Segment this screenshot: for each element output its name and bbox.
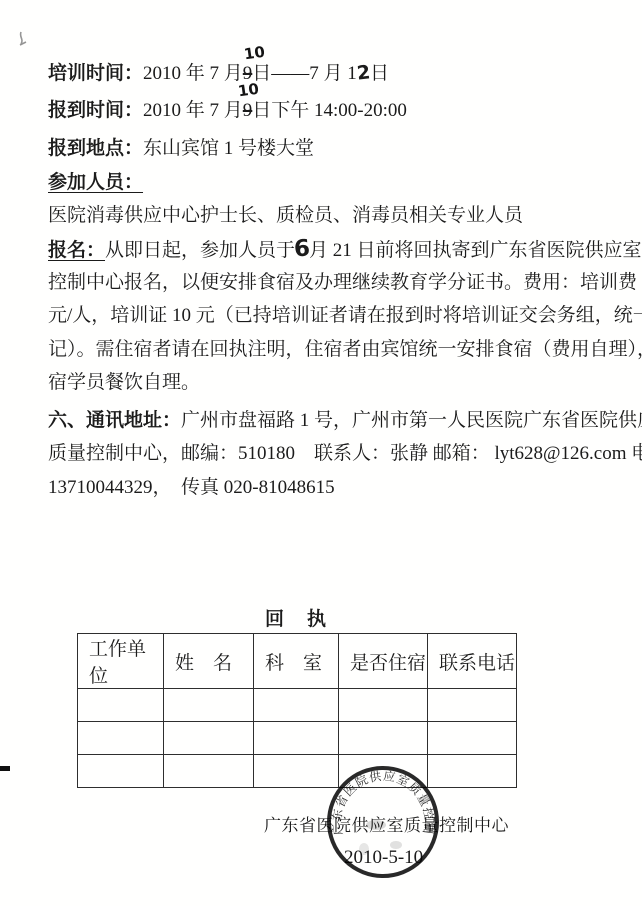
checkin-time-label: 报到时间： [48,100,143,121]
table-cell [254,689,339,722]
training-time-pre: 2010 年 7 月 [143,63,243,84]
signup-line3-text: 元/人，培训证 10 元（已持培训证者请在报到时将培训证交会务组，统一登 [48,305,642,326]
table-header-phone: 联系电话 [428,634,517,689]
receipt-title: 回 执 [77,604,516,631]
contact-line2-text: 质量控制中心，邮编：510180 联系人：张静 邮箱： lyt628@126.c… [48,443,642,464]
participants-text: 医院消毒供应中心护士长、质检员、消毒员相关专业人员 [48,205,523,226]
table-cell [428,689,517,722]
table-cell [254,722,339,755]
contact-line-1: 六、通讯地址：广州市盘福路 1 号，广州市第一人民医院广东省医院供应室 [48,408,642,434]
table-cell [339,722,428,755]
checkin-time-pre: 2010 年 7 月 [143,100,243,121]
handwritten-day-annotation: 10 [243,45,266,63]
signup-line-1: 报名：从即日起，参加人员于6月 21 日前将回执寄到广东省医院供应室质量 [48,236,642,264]
signup-line5-text: 宿学员餐饮自理。 [48,372,200,393]
participants-heading-text: 参加人员： [48,172,143,193]
table-row [78,689,517,722]
stamp-smudge [366,820,386,830]
scan-artifact-left-edge [0,766,10,771]
table-header-lodging: 是否住宿 [339,634,428,689]
scanned-document-page: 培训时间：2010 年 7 月109日——7 月 12日 报到时间：2010 年… [0,0,642,906]
org-stamp: 广东省医院供应室质量控制中心 [324,763,442,881]
signup-line-5: 宿学员餐饮自理。 [48,370,200,396]
handwritten-day-annotation: 10 [237,82,260,100]
table-header-department: 科 室 [254,634,339,689]
table-cell [78,722,164,755]
table-row [78,755,517,788]
struck-out-day: 9 [243,100,253,121]
signup-line1-pre: 从即日起，参加人员于 [105,240,295,261]
checkin-place-label: 报到地点： [48,138,143,159]
signup-line-3: 元/人，培训证 10 元（已持培训证者请在报到时将培训证交会务组，统一登 [48,303,642,329]
checkin-place-text: 东山宾馆 1 号楼大堂 [143,138,314,159]
training-time-label: 培训时间： [48,63,143,84]
contact-label: 六、通讯地址： [48,410,181,431]
signup-label: 报名： [48,240,105,261]
receipt-table: 工作单位 姓 名 科 室 是否住宿 联系电话 [77,633,517,788]
table-row [78,722,517,755]
checkin-time-end: 日下午 14:00-20:00 [252,100,407,121]
table-cell [164,689,254,722]
handwritten-digit: 2 [355,59,371,86]
participants-heading: 参加人员： [48,170,143,196]
signup-line4-text: 记）。需住宿者请在回执注明，住宿者由宾馆统一安排食宿（费用自理），不住 [48,339,642,360]
training-time-line: 培训时间：2010 年 7 月109日——7 月 12日 [48,60,389,87]
table-cell [339,689,428,722]
contact-line-3: 13710044329， 传真 020-81048615 [48,475,335,501]
signup-line-2: 控制中心报名，以便安排食宿及办理继续教育学分证书。费用：培训费 300 [48,270,642,296]
table-cell [78,755,164,788]
training-time-mid: 日——7 月 1 [252,63,357,84]
table-cell [164,722,254,755]
signup-line-4: 记）。需住宿者请在回执注明，住宿者由宾馆统一安排食宿（费用自理），不住 [48,337,642,363]
checkin-time-line: 报到时间：2010 年 7 月109日下午 14:00-20:00 [48,98,407,124]
participants-text-line: 医院消毒供应中心护士长、质检员、消毒员相关专业人员 [48,203,523,229]
stamp-smudge [359,843,369,855]
table-header-name: 姓 名 [164,634,254,689]
contact-line-2: 质量控制中心，邮编：510180 联系人：张静 邮箱： lyt628@126.c… [48,441,642,467]
stamp-smudge [390,841,402,849]
table-header-row: 工作单位 姓 名 科 室 是否住宿 联系电话 [78,634,517,689]
contact-line1-text: 广州市盘福路 1 号，广州市第一人民医院广东省医院供应室 [181,410,642,431]
scan-artifact-topleft [17,30,31,48]
table-cell [428,722,517,755]
table-header-work-unit: 工作单位 [78,634,164,689]
table-cell [78,689,164,722]
signup-line2-text: 控制中心报名，以便安排食宿及办理继续教育学分证书。费用：培训费 300 [48,272,642,293]
contact-line3-text: 13710044329， 传真 020-81048615 [48,477,335,498]
training-time-end: 日 [370,63,389,84]
table-cell [164,755,254,788]
signup-line1-post: 月 21 日前将回执寄到广东省医院供应室质量 [309,240,642,261]
checkin-place-line: 报到地点：东山宾馆 1 号楼大堂 [48,136,314,162]
handwritten-month: 6 [293,235,311,262]
checkin-day-corrected: 109 [243,98,253,124]
